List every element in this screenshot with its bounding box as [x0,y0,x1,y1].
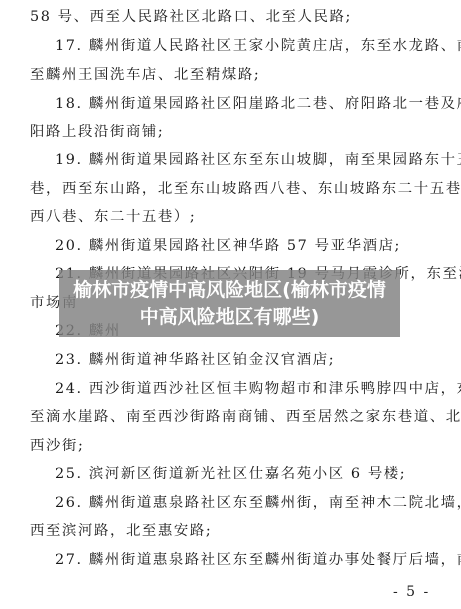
document-line: 西八巷、东二十五巷）; [30,208,196,226]
document-line: 24. 西沙街道西沙社区恒丰购物超市和津乐鸭脖四中店，东 [55,380,461,398]
document-line: 18. 麟州街道果园路社区阳崖路北二巷、府阳路北一巷及府 [55,95,461,113]
page-number: - 5 - [393,584,430,600]
overlay-title: 榆林市疫情中高风险地区(榆林市疫情中高风险地区有哪些) [70,277,390,331]
document-line: 19. 麟州街道果园路社区东至东山坡脚，南至果园路东十五 [55,151,461,169]
document-line: 西沙街; [30,437,84,455]
document-line: 阳路上段沿街商铺; [30,123,164,141]
document-line: 17. 麟州街道人民路社区王家小院黄庄店，东至水龙路、南 [55,37,461,55]
document-line: 58 号、西至人民路社区北路口、北至人民路; [30,8,352,26]
document-line: 27. 麟州街道惠泉路社区东至麟州街道办事处餐厅后墙，南 [55,551,461,569]
document-line: 巷，西至东山路，北至东山坡路西八巷、东山坡路东二十五巷（含 [30,180,461,198]
document-line: 23. 麟州街道神华路社区铂金汉官酒店; [55,351,335,369]
document-line: 西至滨河路，北至惠安路; [30,522,212,540]
document-line: 20. 麟州街道果园路社区神华路 57 号亚华酒店; [55,237,401,255]
document-line: 25. 滨河新区街道新光社区仕嘉名苑小区 6 号楼; [55,465,406,483]
document-line: 26. 麟州街道惠泉路社区东至麟州街，南至神木二院北墙， [55,494,461,512]
title-overlay-banner: 榆林市疫情中高风险地区(榆林市疫情中高风险地区有哪些) [59,270,400,337]
document-line: 至滴水崖路、南至西沙街路南商铺、西至居然之家东巷道、北至 [30,408,461,426]
document-line: 至麟州王国洗车店、北至精煤路; [30,66,260,84]
